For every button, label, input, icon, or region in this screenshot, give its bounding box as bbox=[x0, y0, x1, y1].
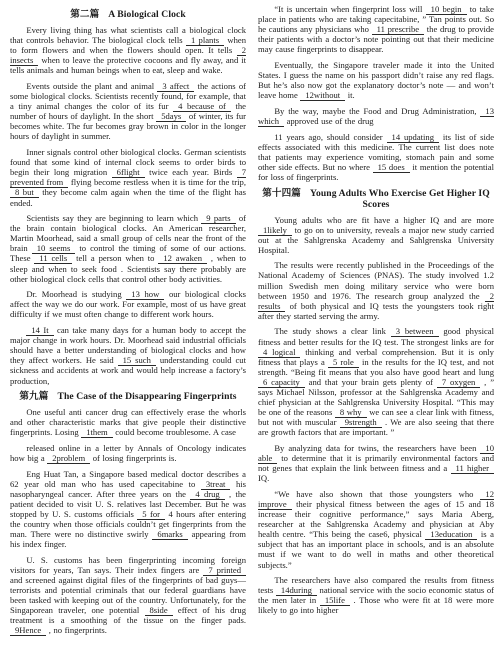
paragraph: The results were recently published in t… bbox=[258, 260, 494, 321]
cloze-blank: 6marks bbox=[152, 529, 187, 540]
paragraph: “It is uncertain when fingerprint loss w… bbox=[258, 4, 494, 54]
paragraph: released online in a letter by Annals of… bbox=[10, 443, 246, 463]
paragraph: By analyzing data for twins, the researc… bbox=[258, 443, 494, 483]
paragraph-text: of both physical and IQ tests the youngs… bbox=[258, 301, 494, 321]
cloze-blank: 9Hence bbox=[10, 625, 46, 636]
page: 第二篇A Biological ClockEvery living thing … bbox=[0, 0, 502, 649]
column-right: “It is uncertain when fingerprint loss w… bbox=[258, 4, 494, 645]
cloze-blank: 2problem bbox=[47, 453, 90, 464]
paragraph-text: approved use of the drug bbox=[284, 116, 374, 126]
passage-heading: 第二篇A Biological Clock bbox=[10, 9, 246, 20]
paragraph-text: “It is uncertain when fingerprint loss w… bbox=[274, 4, 425, 14]
paragraph-text: Eventually, the Singapore traveler made … bbox=[258, 60, 494, 100]
paragraph-text: , no fingerprints. bbox=[46, 625, 107, 635]
paragraph: “We have also shown that those youngster… bbox=[258, 489, 494, 570]
paragraph-text: IQ. bbox=[258, 473, 269, 483]
paragraph: One useful anti cancer drug can effectiv… bbox=[10, 407, 246, 437]
paragraph-text: it. bbox=[345, 90, 354, 100]
paragraph-text: they become calm again when the time of … bbox=[10, 187, 246, 207]
paragraph: The study shows a clear link 3 between g… bbox=[258, 326, 494, 437]
paragraph: 14 It can take many days for a human bod… bbox=[10, 325, 246, 386]
paragraph-text: and that your brain gets plenty of bbox=[305, 377, 437, 387]
paragraph-text: “We have also shown that those youngster… bbox=[274, 489, 480, 499]
paragraph-text: tell a person when to bbox=[72, 253, 158, 263]
paragraph-text: flying become restless when it is time f… bbox=[68, 177, 246, 187]
cloze-blank: 12without bbox=[300, 90, 345, 101]
paragraph-text: 11 years ago, should consider bbox=[274, 132, 386, 142]
paragraph: Every living thing has what scientists c… bbox=[10, 25, 246, 75]
passage-title: Young Adults Who Exercise Get Higher IQ … bbox=[310, 188, 490, 210]
paragraph-text: when to leave the protective cocoons and… bbox=[10, 55, 246, 75]
paragraph: The researchers have also compared the r… bbox=[258, 575, 494, 615]
paragraph: Inner signals control other biological c… bbox=[10, 147, 246, 208]
paragraph-text: of losing fingerprints is. bbox=[90, 453, 176, 463]
paragraph-text: Young adults who are fit have a higher I… bbox=[274, 215, 494, 225]
paragraph: U. S. customs has been fingerprinting in… bbox=[10, 555, 246, 636]
paragraph: By the way, maybe the Food and Drug Admi… bbox=[258, 106, 494, 126]
passage-heading: 第十四篇Young Adults Who Exercise Get Higher… bbox=[258, 188, 494, 210]
passage-number: 第二篇 bbox=[70, 9, 99, 20]
passage-number: 第九篇 bbox=[19, 391, 48, 402]
paragraph: Eventually, the Singapore traveler made … bbox=[258, 60, 494, 100]
paragraph: Scientists say they are beginning to lea… bbox=[10, 213, 246, 284]
paragraph-text: By analyzing data for twins, the researc… bbox=[274, 443, 480, 453]
column-left: 第二篇A Biological ClockEvery living thing … bbox=[10, 4, 246, 645]
paragraph-text: The results were recently published in t… bbox=[258, 260, 494, 300]
passage-number: 第十四篇 bbox=[262, 188, 301, 199]
passage-title: A Biological Clock bbox=[108, 9, 186, 20]
paragraph-text: By the way, maybe the Food and Drug Admi… bbox=[274, 106, 480, 116]
passage-title: The Case of the Disappearing Fingerprint… bbox=[57, 391, 236, 402]
paragraph: Young adults who are fit have a higher I… bbox=[258, 215, 494, 255]
passage-heading: 第九篇The Case of the Disappearing Fingerpr… bbox=[10, 391, 246, 402]
paragraph-text: twice each year. Birds bbox=[145, 167, 237, 177]
paragraph-text: to go on to university, reveals a major … bbox=[258, 225, 494, 255]
paragraph: Events outside the plant and animal 3 af… bbox=[10, 81, 246, 142]
paragraph-text: could become troublesome. A case bbox=[113, 427, 236, 437]
paragraph: Dr. Moorhead is studying 13 how our biol… bbox=[10, 289, 246, 319]
paragraph-text: Dr. Moorhead is studying bbox=[26, 289, 126, 299]
cloze-blank: 1them bbox=[81, 427, 112, 438]
paragraph-text: Scientists say they are beginning to lea… bbox=[26, 213, 201, 223]
paragraph: Eng Huat Tan, a Singapore based medical … bbox=[10, 469, 246, 550]
paragraph-text: Events outside the plant and animal bbox=[26, 81, 157, 91]
cloze-blank: 15 does bbox=[373, 162, 410, 173]
paragraph-text: The study shows a clear link bbox=[274, 326, 390, 336]
paragraph: 11 years ago, should consider 14 updatin… bbox=[258, 132, 494, 182]
cloze-blank: 11 higher bbox=[451, 463, 495, 474]
